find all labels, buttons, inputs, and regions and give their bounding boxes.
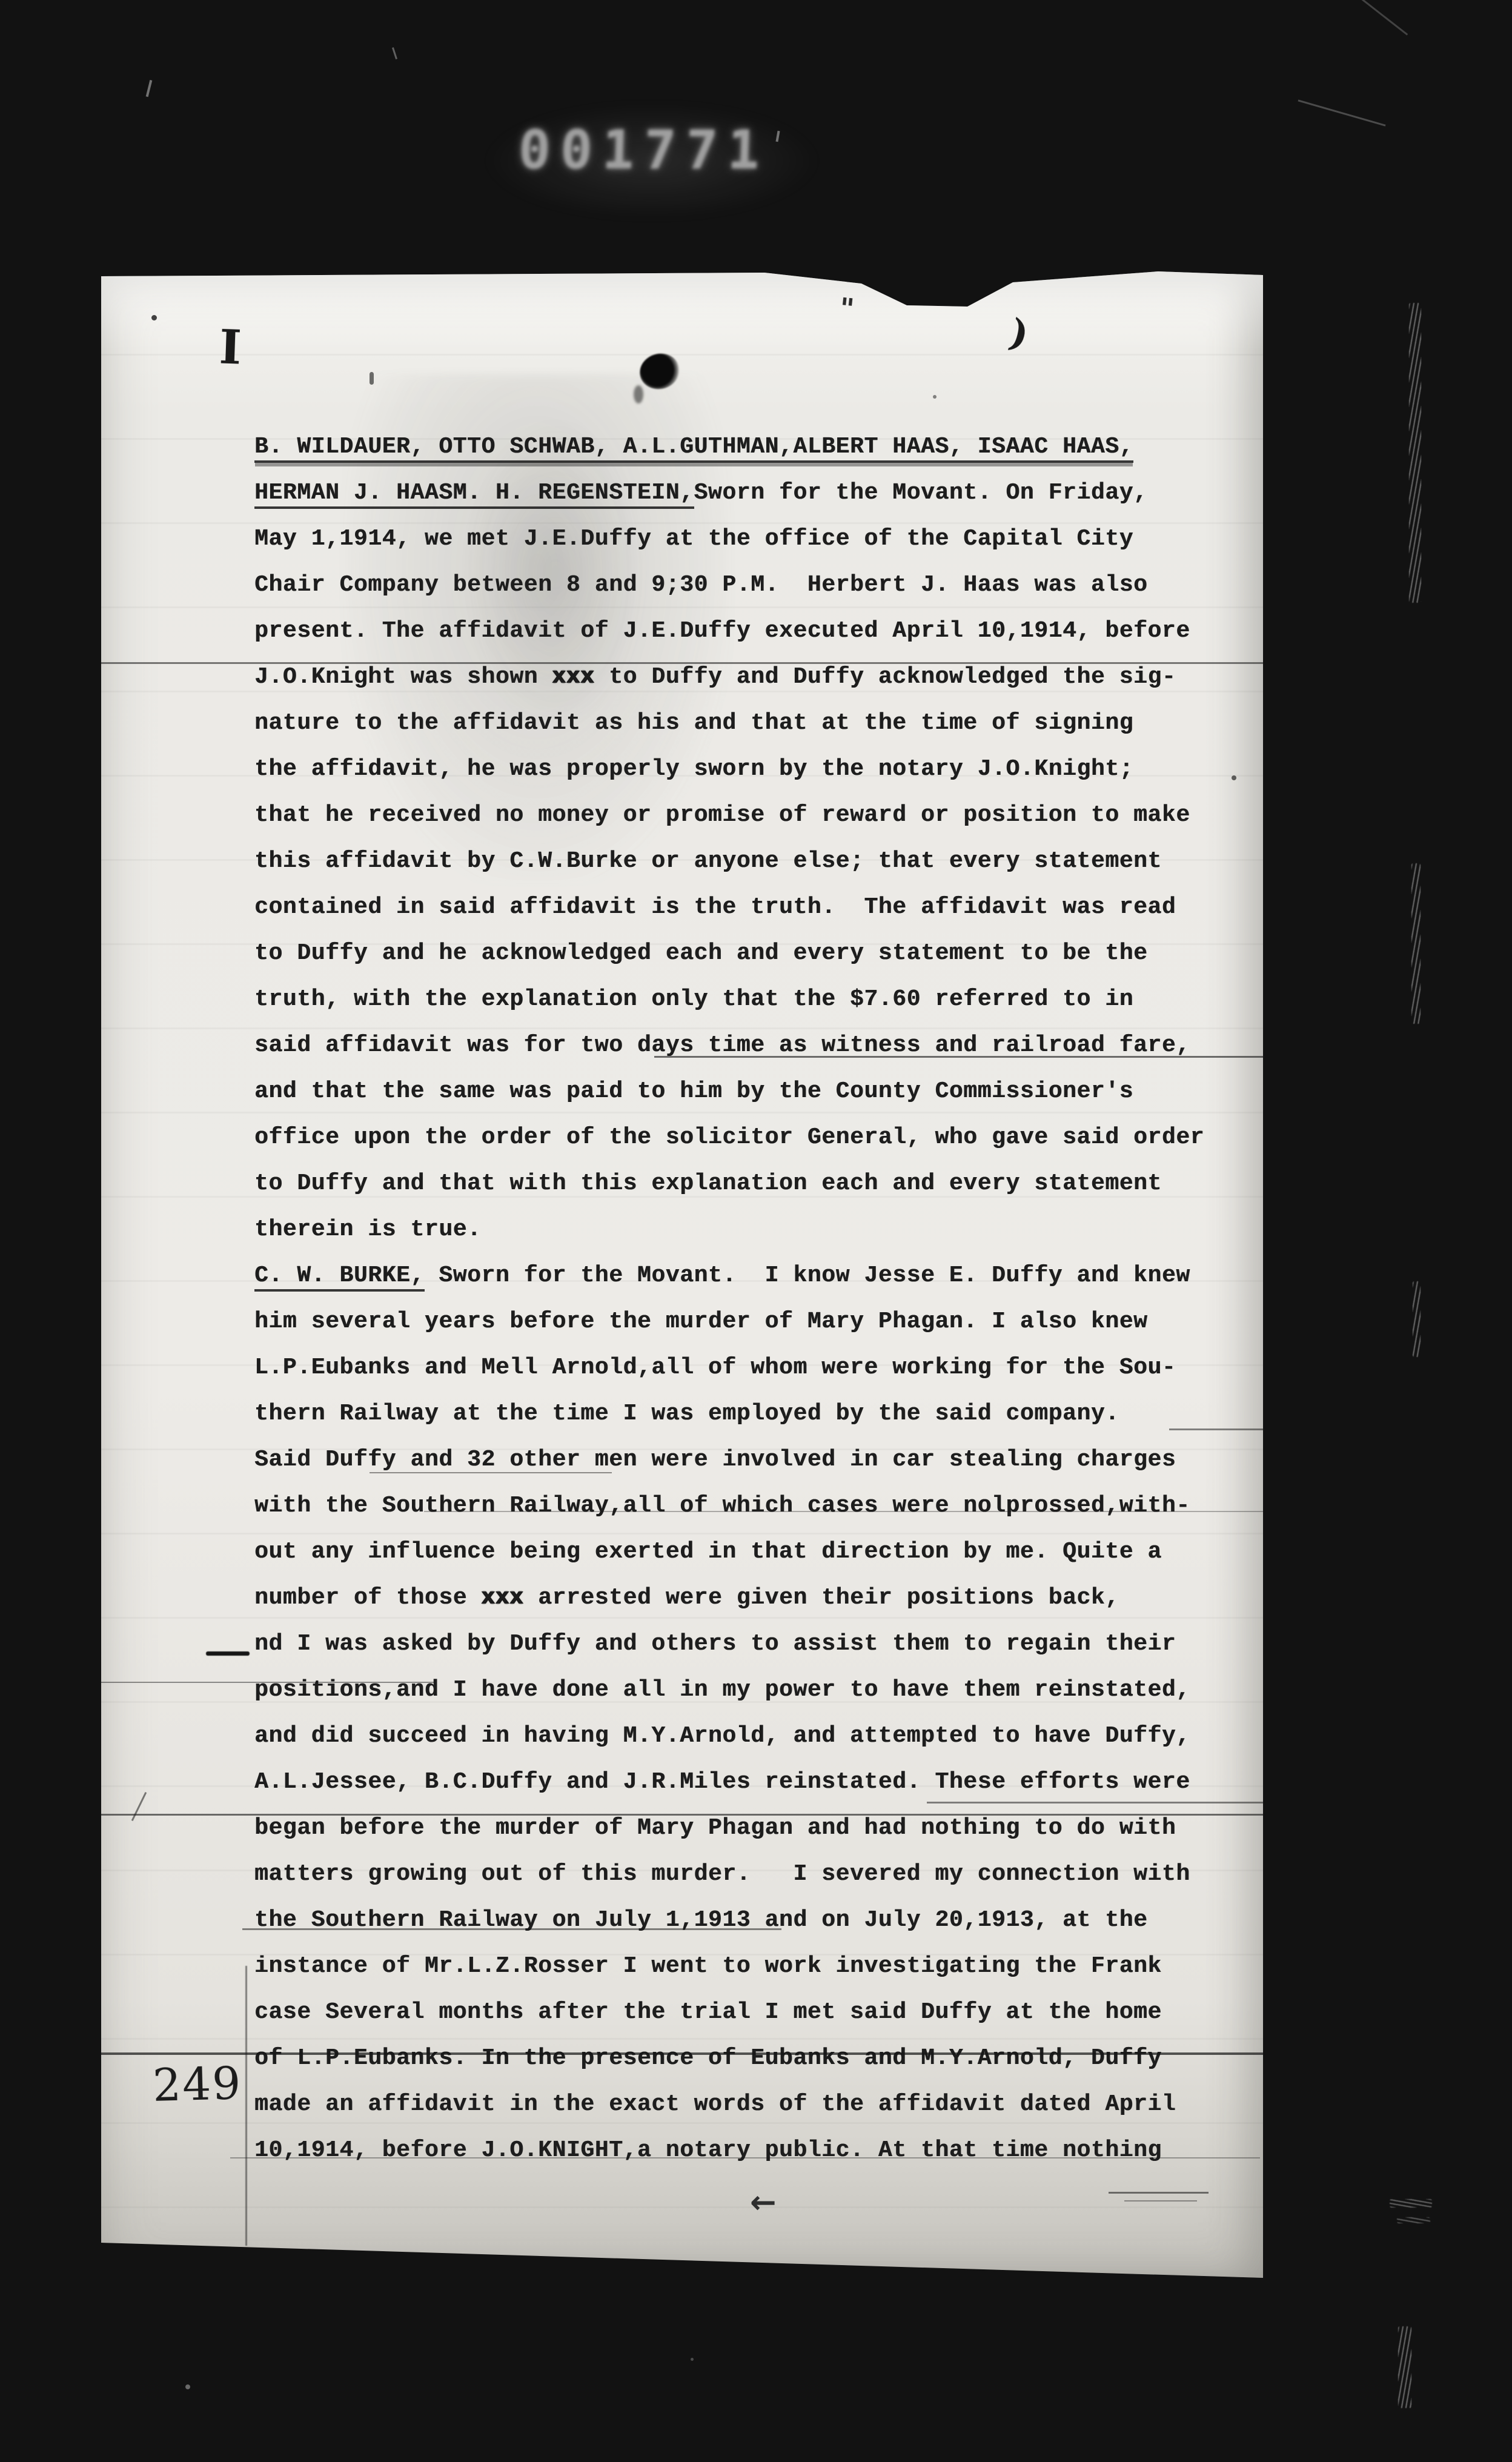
- document-line: present. The affidavit of J.E.Duffy exec…: [254, 616, 1204, 662]
- document-line-segment: made an affidavit in the exact words of …: [254, 2091, 1176, 2117]
- document-line-segment: xxx: [552, 664, 594, 690]
- document-line-segment: Sworn for the Movant. On Friday,: [694, 480, 1148, 506]
- page-number: 249: [152, 2057, 242, 2112]
- document-line-segment: to Duffy and Duffy acknowledged the sig-: [595, 664, 1176, 690]
- document-line-segment: out any influence being exerted in that …: [254, 1539, 1162, 1565]
- document-line-segment: instance of Mr.L.Z.Rosser I went to work…: [254, 1953, 1162, 1979]
- document-line-segment: of L.P.Eubanks. In the presence of Euban…: [254, 2045, 1162, 2071]
- document-line-segment: him several years before the murder of M…: [254, 1309, 1147, 1335]
- document-line: nd I was asked by Duffy and others to as…: [254, 1629, 1204, 1675]
- document-line-segment: arrested were given their positions back…: [524, 1585, 1119, 1611]
- document-line: A.L.Jessee, B.C.Duffy and J.R.Miles rein…: [254, 1767, 1204, 1813]
- document-line: truth, with the explanation only that th…: [254, 984, 1204, 1030]
- document-line-segment: present. The affidavit of J.E.Duffy exec…: [254, 618, 1190, 644]
- document-line-segment: positions,and I have done all in my powe…: [254, 1677, 1190, 1703]
- document-line: out any influence being exerted in that …: [254, 1537, 1204, 1583]
- document-line-segment: C. W. BURKE,: [254, 1263, 425, 1292]
- document-line-segment: and did succeed in having M.Y.Arnold, an…: [254, 1723, 1190, 1749]
- document-line-segment: contained in said affidavit is the truth…: [254, 894, 1176, 920]
- document-line: made an affidavit in the exact words of …: [254, 2089, 1204, 2135]
- document-line-segment: truth, with the explanation only that th…: [254, 986, 1133, 1012]
- document-line: matters growing out of this murder. I se…: [254, 1859, 1204, 1905]
- document-line: case Several months after the trial I me…: [254, 1997, 1204, 2043]
- document-line: to Duffy and that with this explanation …: [254, 1169, 1204, 1215]
- ink-stroke-mark: I: [218, 319, 242, 375]
- document-line: office upon the order of the solicitor G…: [254, 1123, 1204, 1169]
- document-line: to Duffy and he acknowledged each and ev…: [254, 938, 1204, 984]
- film-edge-squiggle: [1411, 863, 1421, 1024]
- document-line-segment: xxx: [481, 1585, 523, 1611]
- document-line: that he received no money or promise of …: [254, 800, 1204, 846]
- scanline-artifact: [101, 2052, 1263, 2055]
- ink-blot-tail: [634, 385, 643, 403]
- document-line-segment: A.L.Jessee, B.C.Duffy and J.R.Miles rein…: [254, 1769, 1190, 1795]
- document-line-segment: the affidavit, he was properly sworn by …: [254, 756, 1133, 782]
- ink-speck: [151, 315, 157, 320]
- scanline-artifact: [230, 2157, 1260, 2158]
- document-line: and that the same was paid to him by the…: [254, 1077, 1204, 1123]
- document-line-segment: May 1,1914, we met J.E.Duffy at the offi…: [254, 526, 1133, 552]
- film-scratch: [1354, 0, 1408, 36]
- ink-speck: [1232, 775, 1236, 780]
- film-scratch: [1298, 99, 1385, 126]
- document-line: him several years before the murder of M…: [254, 1307, 1204, 1353]
- ink-speck: [933, 395, 937, 399]
- film-edge-squiggle: [1409, 303, 1421, 603]
- document-line-segment: 10,1914, before J.O.KNIGHT,a notary publ…: [254, 2137, 1162, 2163]
- document-line: contained in said affidavit is the truth…: [254, 892, 1204, 938]
- document-line: C. W. BURKE, Sworn for the Movant. I kno…: [254, 1261, 1204, 1307]
- document-line: of L.P.Eubanks. In the presence of Euban…: [254, 2043, 1204, 2089]
- document-line: the affidavit, he was properly sworn by …: [254, 754, 1204, 800]
- film-edge-squiggle: [1398, 2326, 1411, 2408]
- ink-speck: [370, 372, 374, 385]
- film-scratch: [146, 80, 153, 97]
- document-line-segment: that he received no money or promise of …: [254, 802, 1190, 828]
- document-line-segment: B. WILDAUER, OTTO SCHWAB, A.L.GUTHMAN,AL…: [254, 434, 1133, 463]
- film-edge-squiggle: [1413, 1281, 1421, 1357]
- document-line-segment: nature to the affidavit as his and that …: [254, 710, 1133, 736]
- scanline-artifact: [101, 1814, 1263, 1816]
- document-line: began before the murder of Mary Phagan a…: [254, 1813, 1204, 1859]
- document-line: said affidavit was for two days time as …: [254, 1030, 1204, 1077]
- document-line-segment: number of those: [254, 1585, 481, 1611]
- scanned-document-photostat: 001771 B. WILDAUER, OTTO SCHWAB, A.L.GUT…: [0, 0, 1512, 2462]
- scanline-artifact: [927, 1802, 1264, 1803]
- document-line: thern Railway at the time I was employed…: [254, 1399, 1204, 1445]
- document-line-segment: Said Duffy and 32 other men were involve…: [254, 1447, 1176, 1473]
- scanline-artifact: [424, 1511, 1263, 1512]
- document-line: and did succeed in having M.Y.Arnold, an…: [254, 1721, 1204, 1767]
- document-line-segment: said affidavit was for two days time as …: [254, 1032, 1190, 1058]
- film-speck: [691, 2358, 694, 2361]
- underline-artifact: [1109, 2192, 1209, 2194]
- document-line-segment: thern Railway at the time I was employed…: [254, 1401, 1119, 1427]
- document-line-segment: HERMAN J. HAASM. H. REGENSTEIN,: [254, 480, 694, 509]
- scanline-artifact: [242, 1928, 781, 1930]
- document-line-segment: case Several months after the trial I me…: [254, 1999, 1162, 2025]
- document-line: B. WILDAUER, OTTO SCHWAB, A.L.GUTHMAN,AL…: [254, 432, 1204, 478]
- film-edge-squiggle: [1397, 2217, 1430, 2223]
- film-edge-squiggle: [1390, 2199, 1432, 2208]
- document-line-segment: nd I was asked by Duffy and others to as…: [254, 1631, 1176, 1657]
- fold-line: [245, 1966, 247, 2246]
- document-line-segment: this affidavit by C.W.Burke or anyone el…: [254, 848, 1162, 874]
- underline-artifact: [1124, 2200, 1197, 2202]
- document-line: Chair Company between 8 and 9;30 P.M. He…: [254, 570, 1204, 616]
- document-line: nature to the affidavit as his and that …: [254, 708, 1204, 754]
- document-line: J.O.Knight was shown xxx to Duffy and Du…: [254, 662, 1204, 708]
- scanline-artifact: [101, 662, 1263, 664]
- document-line-segment: therein is true.: [254, 1216, 481, 1243]
- film-speck: [185, 2384, 190, 2389]
- document-line-segment: matters growing out of this murder. I se…: [254, 1861, 1190, 1887]
- scanline-artifact: [101, 1682, 434, 1683]
- document-line-segment: and that the same was paid to him by the…: [254, 1078, 1133, 1104]
- document-line-segment: Sworn for the Movant. I know Jesse E. Du…: [425, 1263, 1190, 1289]
- margin-dash-mark: [206, 1651, 250, 1656]
- document-line: 10,1914, before J.O.KNIGHT,a notary publ…: [254, 2135, 1204, 2182]
- arrow-mark: ←: [750, 2185, 777, 2221]
- document-line-segment: J.O.Knight was shown: [254, 664, 552, 690]
- document-line-segment: began before the murder of Mary Phagan a…: [254, 1815, 1176, 1841]
- document-line: Said Duffy and 32 other men were involve…: [254, 1445, 1204, 1491]
- document-line-segment: office upon the order of the solicitor G…: [254, 1124, 1204, 1150]
- document-line: number of those xxx arrested were given …: [254, 1583, 1204, 1629]
- document-line: L.P.Eubanks and Mell Arnold,all of whom …: [254, 1353, 1204, 1399]
- scanline-artifact: [370, 1472, 612, 1473]
- document-line-segment: Chair Company between 8 and 9;30 P.M. He…: [254, 572, 1147, 598]
- document-line-segment: L.P.Eubanks and Mell Arnold,all of whom …: [254, 1355, 1176, 1381]
- scanline-artifact: [654, 1056, 1265, 1058]
- document-line: with the Southern Railway,all of which c…: [254, 1491, 1204, 1537]
- document-line-segment: with the Southern Railway,all of which c…: [254, 1493, 1190, 1519]
- document-line: May 1,1914, we met J.E.Duffy at the offi…: [254, 524, 1204, 570]
- document-lines: B. WILDAUER, OTTO SCHWAB, A.L.GUTHMAN,AL…: [254, 432, 1204, 2182]
- document-line: instance of Mr.L.Z.Rosser I went to work…: [254, 1951, 1204, 1997]
- scanline-artifact: [1169, 1428, 1265, 1430]
- document-line-segment: to Duffy and that with this explanation …: [254, 1170, 1162, 1196]
- film-scratch: [392, 47, 397, 59]
- document-line: therein is true.: [254, 1215, 1204, 1261]
- document-line: HERMAN J. HAASM. H. REGENSTEIN,Sworn for…: [254, 478, 1204, 524]
- document-line-segment: to Duffy and he acknowledged each and ev…: [254, 940, 1147, 966]
- document-line: this affidavit by C.W.Burke or anyone el…: [254, 846, 1204, 892]
- frame-number-stamp: 001771: [517, 119, 770, 181]
